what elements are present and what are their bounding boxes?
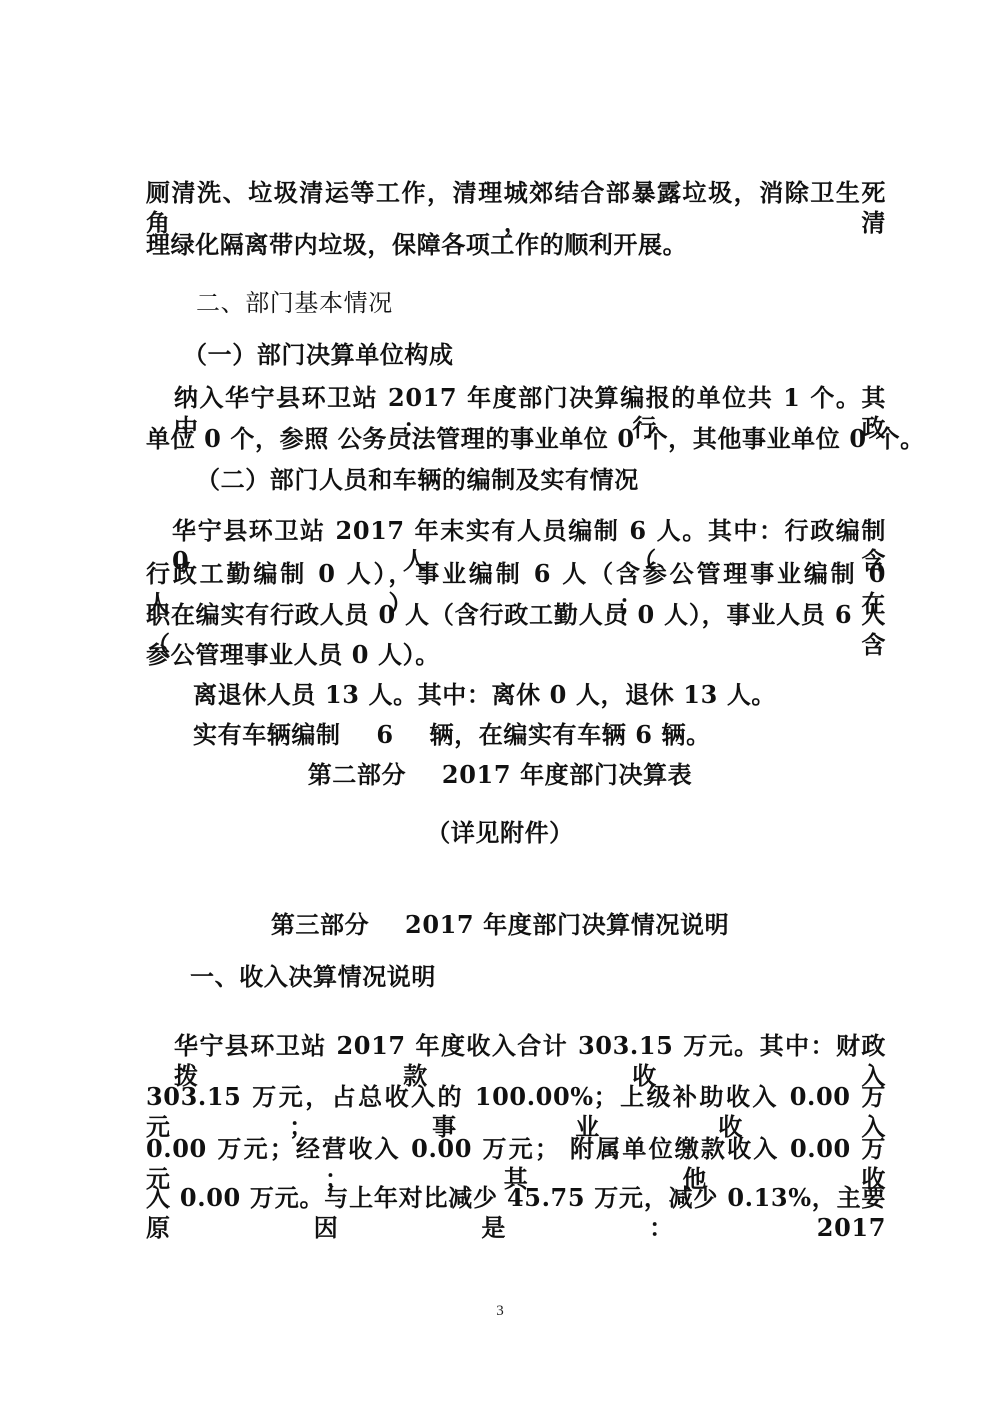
subsection-heading: （二）部门人员和车辆的编制及实有情况 <box>196 465 936 495</box>
paragraph-line: 参公管理事业人员 0 人）。 <box>146 640 886 670</box>
paragraph-line: 单位 0 个，参照 公务员法管理的事业单位 0 个，其他事业单位 0 个。 <box>146 424 886 454</box>
page-number: 3 <box>0 1303 1000 1320</box>
paragraph-line: 离退休人员 13 人。其中：离休 0 人，退休 13 人。 <box>193 680 933 710</box>
paragraph-line: 入 0.00 万元。与上年对比减少 45.75 万元，减少 0.13%，主要原因… <box>146 1183 886 1243</box>
document-page: 厕清洗、垃圾清运等工作，清理城郊结合部暴露垃圾，消除卫生死角，清 理绿化隔离带内… <box>0 0 1000 1413</box>
section-heading: 一、收入决算情况说明 <box>190 962 930 992</box>
paragraph-line: 303.15 万元，占总收入的 100.00%；上级补助收入 0.00 万元；事… <box>146 1082 886 1142</box>
section-heading: 二、部门基本情况 <box>196 288 936 318</box>
paragraph-line: 厕清洗、垃圾清运等工作，清理城郊结合部暴露垃圾，消除卫生死角，清 <box>146 178 886 238</box>
paragraph-line: 实有车辆编制 6 辆，在编实有车辆 6 辆。 <box>193 720 933 750</box>
part-note: （详见附件） <box>0 818 1000 848</box>
part-heading: 第三部分 2017 年度部门决算情况说明 <box>0 910 1000 940</box>
part-heading: 第二部分 2017 年度部门决算表 <box>0 760 1000 790</box>
paragraph-line: 理绿化隔离带内垃圾，保障各项工作的顺利开展。 <box>146 230 886 260</box>
subsection-heading: （一）部门决算单位构成 <box>183 340 923 370</box>
